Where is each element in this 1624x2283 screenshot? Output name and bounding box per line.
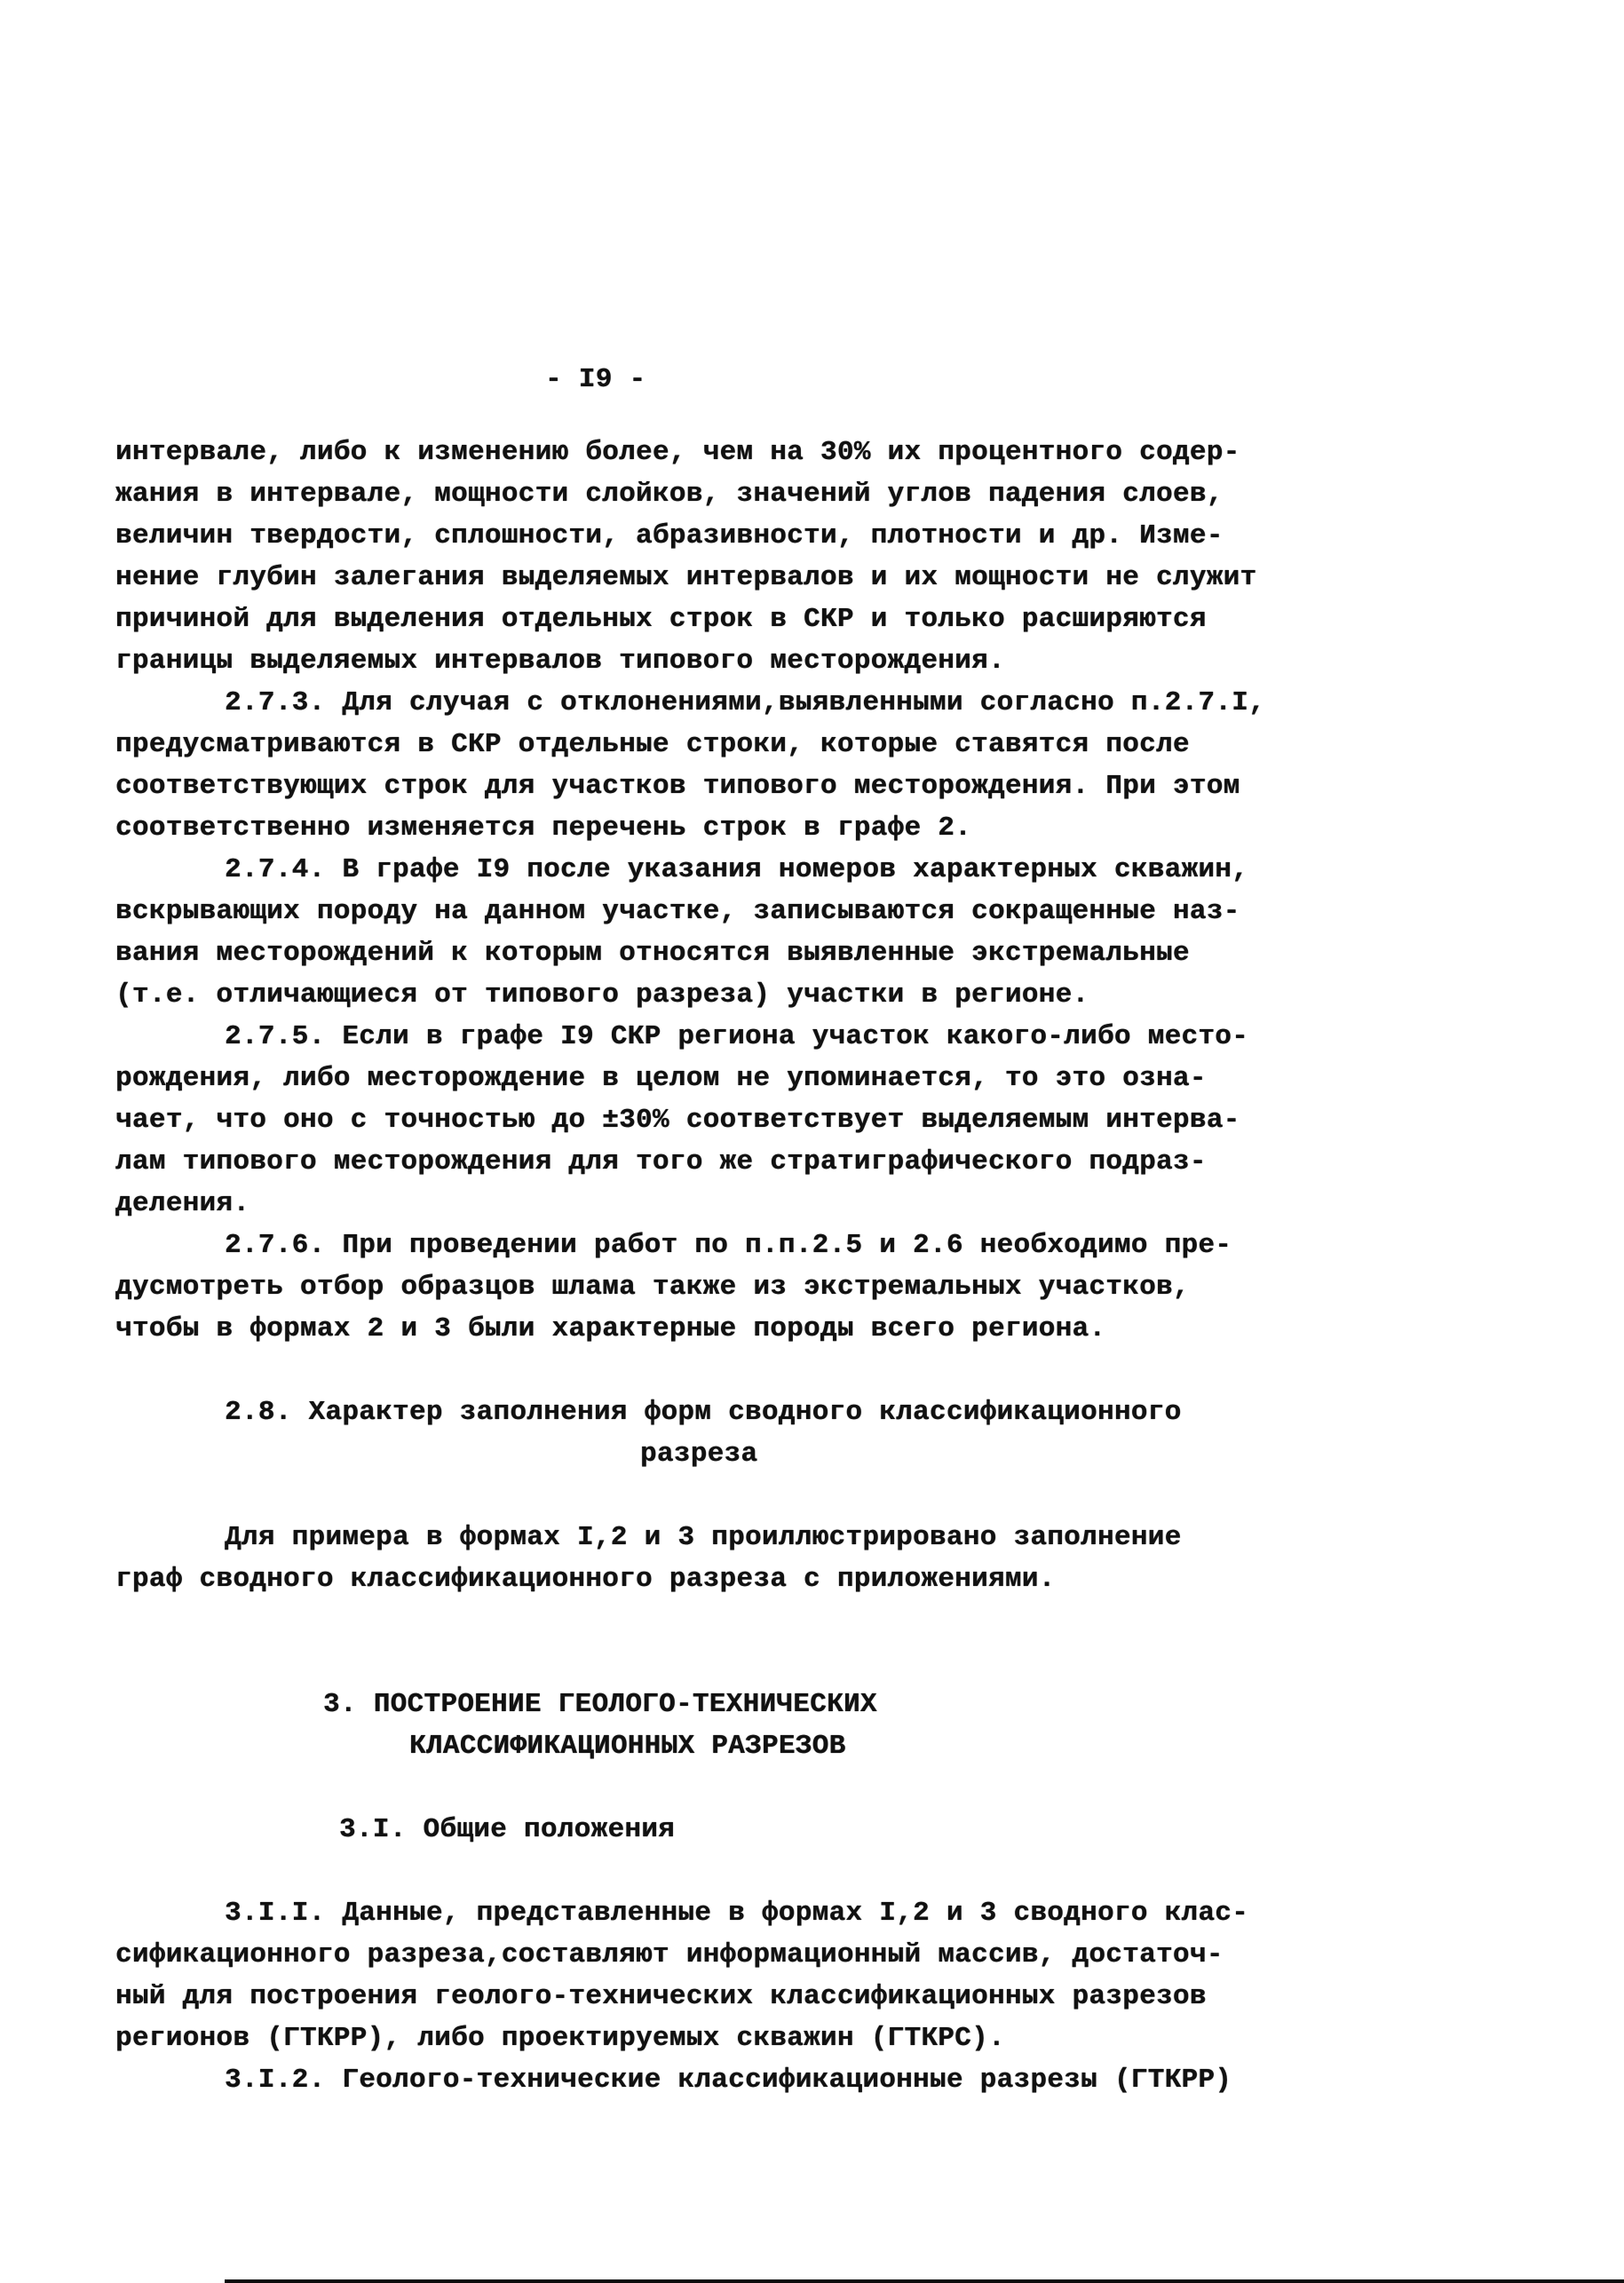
paragraph-2-8-line: Для примера в формах I,2 и 3 проиллюстри… <box>115 1517 1305 1558</box>
body-line: ный для построения геолого-технических к… <box>115 1976 1305 2017</box>
document-page: - I9 - интервале, либо к изменению более… <box>0 0 1624 2283</box>
body-line: предусматриваются в СКР отдельные строки… <box>115 724 1305 765</box>
spacer <box>115 1350 1305 1391</box>
spacer <box>115 1475 1305 1517</box>
body-line: величин твердости, сплошности, абразивно… <box>115 515 1305 557</box>
body-line: интервале, либо к изменению более, чем н… <box>115 432 1305 473</box>
text-column: интервале, либо к изменению более, чем н… <box>115 432 1305 2101</box>
body-line: регионов (ГТКРР), либо проектируемых скв… <box>115 2017 1305 2059</box>
body-line: лам типового месторождения для того же с… <box>115 1141 1305 1183</box>
paragraph-3-1-2-line: 3.I.2. Геолого-технические классификацио… <box>115 2059 1305 2101</box>
body-line: причиной для выделения отдельных строк в… <box>115 598 1305 640</box>
scan-edge-artifact <box>225 2279 1624 2283</box>
page-number: - I9 - <box>545 362 646 398</box>
spacer <box>115 1767 1305 1809</box>
body-line: дусмотреть отбор образцов шлама также из… <box>115 1266 1305 1308</box>
body-line: рождения, либо месторождение в целом не … <box>115 1058 1305 1099</box>
paragraph-2-7-3-line: 2.7.3. Для случая с отклонениями,выявлен… <box>115 682 1305 724</box>
section-heading-2-8: 2.8. Характер заполнения форм сводного к… <box>115 1391 1305 1433</box>
body-line: сификационного разреза,составляют информ… <box>115 1934 1305 1976</box>
section-heading-2-8: разреза <box>115 1433 1305 1475</box>
body-line: граф сводного классификационного разреза… <box>115 1558 1305 1600</box>
body-line: вскрывающих породу на данном участке, за… <box>115 891 1305 932</box>
chapter-heading-3: КЛАССИФИКАЦИОННЫХ РАЗРЕЗОВ <box>115 1725 1305 1767</box>
body-line: деления. <box>115 1183 1305 1225</box>
paragraph-3-1-1-line: 3.I.I. Данные, представленные в формах I… <box>115 1892 1305 1934</box>
body-line: жания в интервале, мощности слойков, зна… <box>115 473 1305 515</box>
body-line: чает, что оно с точностью до ±30% соотве… <box>115 1099 1305 1141</box>
paragraph-2-7-5-line: 2.7.5. Если в графе I9 СКР региона участ… <box>115 1016 1305 1058</box>
body-line: границы выделяемых интервалов типового м… <box>115 640 1305 682</box>
paragraph-2-7-4-line: 2.7.4. В графе I9 после указания номеров… <box>115 849 1305 891</box>
spacer <box>115 1851 1305 1892</box>
paragraph-2-7-6-line: 2.7.6. При проведении работ по п.п.2.5 и… <box>115 1225 1305 1266</box>
spacer <box>115 1600 1305 1684</box>
chapter-heading-3: 3. ПОСТРОЕНИЕ ГЕОЛОГО-ТЕХНИЧЕСКИХ <box>115 1684 1305 1725</box>
body-line: (т.е. отличающиеся от типового разреза) … <box>115 974 1305 1016</box>
subsection-heading-3-1: 3.I. Общие положения <box>115 1809 1305 1851</box>
body-line: соответственно изменяется перечень строк… <box>115 807 1305 849</box>
body-line: вания месторождений к которым относятся … <box>115 932 1305 974</box>
body-line: нение глубин залегания выделяемых интерв… <box>115 557 1305 598</box>
body-line: соответствующих строк для участков типов… <box>115 765 1305 807</box>
body-line: чтобы в формах 2 и 3 были характерные по… <box>115 1308 1305 1350</box>
